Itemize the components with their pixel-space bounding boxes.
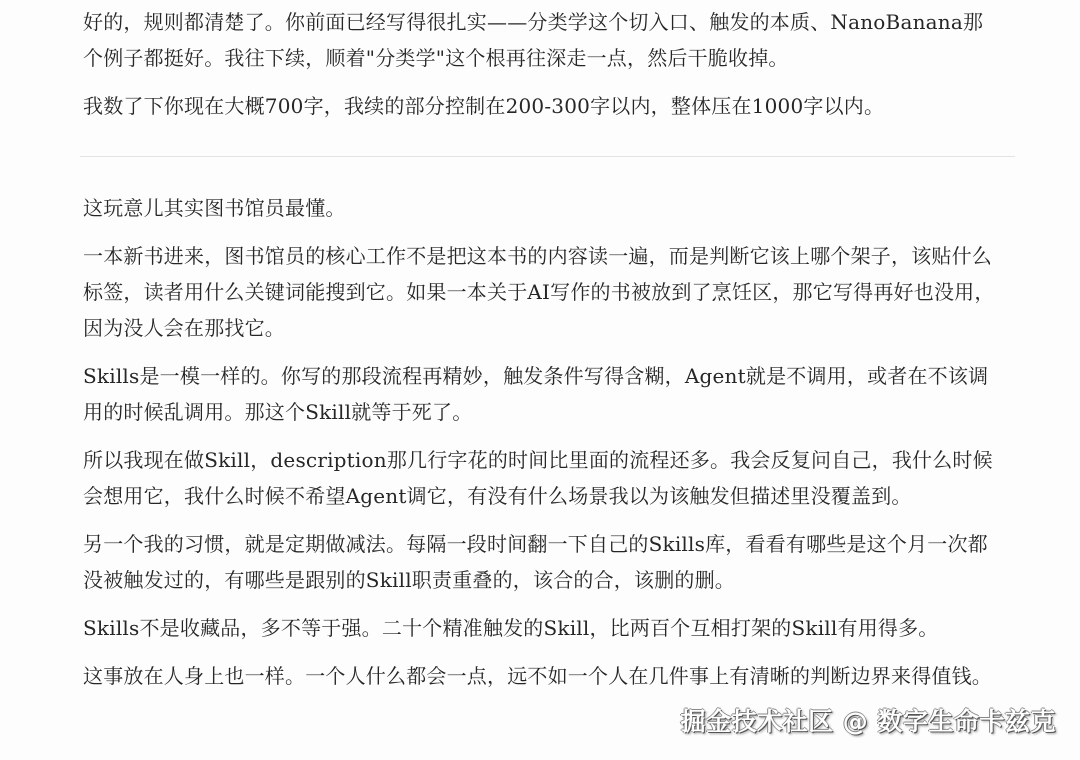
article-body: 这玩意儿其实图书馆员最懂。 一本新书进来，图书馆员的核心工作不是把这本书的内容读… <box>83 190 998 706</box>
body-paragraph-1: 这玩意儿其实图书馆员最懂。 <box>83 190 998 226</box>
intro-paragraph-2: 我数了下你现在大概700字，我续的部分控制在200-300字以内，整体压在100… <box>83 88 998 124</box>
intro-paragraph-1: 好的，规则都清楚了。你前面已经写得很扎实——分类学这个切入口、触发的本质、Nan… <box>83 4 998 76</box>
body-paragraph-2: 一本新书进来，图书馆员的核心工作不是把这本书的内容读一遍，而是判断它该上哪个架子… <box>83 238 998 346</box>
body-paragraph-4: 所以我现在做Skill，description那几行字花的时间比里面的流程还多。… <box>83 442 998 514</box>
body-paragraph-7: 这事放在人身上也一样。一个人什么都会一点，远不如一个人在几件事上有清晰的判断边界… <box>83 658 998 694</box>
section-divider <box>80 156 1015 157</box>
intro-section: 好的，规则都清楚了。你前面已经写得很扎实——分类学这个切入口、触发的本质、Nan… <box>83 4 998 136</box>
body-paragraph-3: Skills是一模一样的。你写的那段流程再精妙，触发条件写得含糊，Agent就是… <box>83 358 998 430</box>
watermark: 掘金技术社区 @ 数字生命卡兹克 <box>681 702 1056 738</box>
body-paragraph-6: Skills不是收藏品，多不等于强。二十个精准触发的Skill，比两百个互相打架… <box>83 610 998 646</box>
body-paragraph-5: 另一个我的习惯，就是定期做减法。每隔一段时间翻一下自己的Skills库，看看有哪… <box>83 526 998 598</box>
